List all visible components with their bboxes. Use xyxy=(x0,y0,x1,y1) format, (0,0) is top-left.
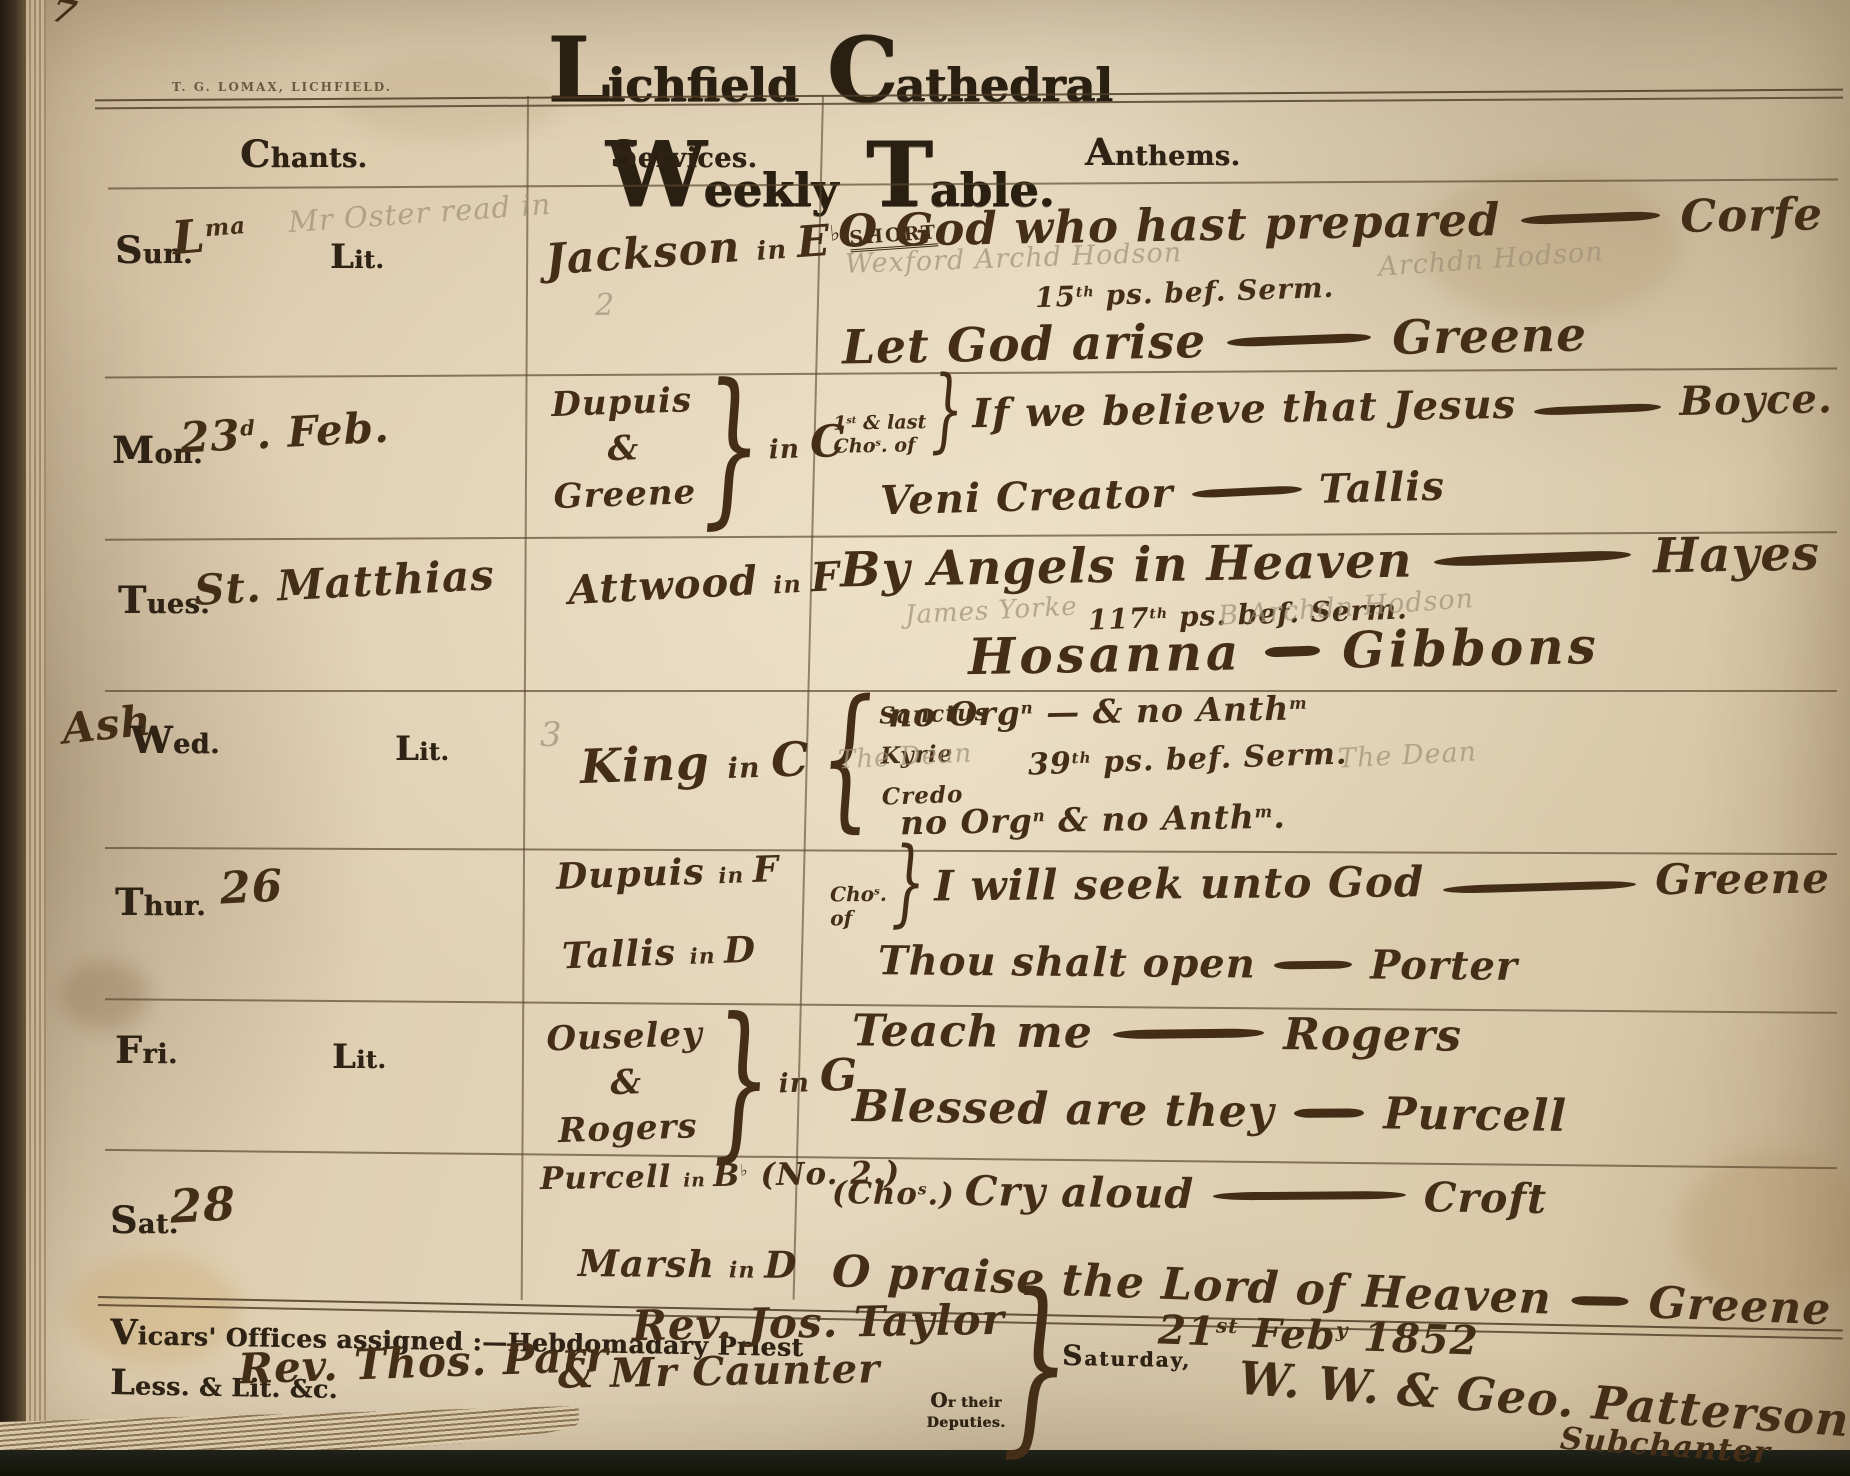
day-hand-thur: 26 xyxy=(219,860,285,914)
anthem-composer: Greene xyxy=(1392,308,1588,366)
ink-dash xyxy=(1434,550,1632,567)
anthem-title: Hosanna xyxy=(968,622,1243,686)
service-entry: Dupuis & Greene } in C xyxy=(550,373,849,521)
page-edges xyxy=(26,0,46,1476)
anthem-note: no Orgn & no Anthm. xyxy=(900,797,1286,843)
day-label-fri: Fri. xyxy=(115,1028,178,1072)
ink-dash xyxy=(1265,645,1320,657)
anthem-prefix-line: Chos. of xyxy=(833,433,927,458)
anthem-composer: Hayes xyxy=(1653,525,1821,584)
service-text: Rogers xyxy=(557,1104,698,1155)
anthem-composer: Porter xyxy=(1370,942,1518,990)
anthem-composer: Greene xyxy=(1648,1277,1833,1335)
service-stack: Ouseley & Rogers xyxy=(546,1012,707,1155)
service-text: King in C xyxy=(579,732,810,795)
anthem-prefix: Chos. of xyxy=(830,882,887,931)
pencil-annotation: 3 xyxy=(540,715,563,755)
pencil-annotation: 2 xyxy=(595,288,615,323)
title-word: Cathedral xyxy=(827,18,1113,123)
ink-dash xyxy=(1294,1109,1364,1118)
anthem-title: Veni Creator xyxy=(879,470,1174,525)
column-header-anthems: Anthems. xyxy=(1085,130,1240,174)
anthem-composer: Greene xyxy=(1655,854,1830,905)
service-text: Dupuis xyxy=(551,378,693,429)
service-text: & xyxy=(607,426,640,473)
lit-label: Lit. xyxy=(332,1036,386,1076)
anthem-entry: Chos. of } I will seek unto God Greene xyxy=(830,848,1831,931)
anthem-composer: Gibbons xyxy=(1342,616,1600,679)
anthem-prefix: 1st & last Chos. of xyxy=(833,410,927,458)
service-key: in G xyxy=(778,1050,860,1104)
row-separator xyxy=(105,690,1837,692)
anthem-title: Let God arise xyxy=(842,314,1207,375)
service-entry: Dupuis in F xyxy=(555,848,780,898)
anthem-entry: Hosanna Gibbons xyxy=(968,617,1554,686)
anthem-title: If we believe that Jesus xyxy=(972,381,1517,437)
service-text: Greene xyxy=(553,470,697,521)
anthem-composer: Purcell xyxy=(1383,1088,1567,1142)
ink-dash xyxy=(1213,1191,1406,1201)
brace-glyph: } xyxy=(890,835,926,930)
anthem-composer: Corfe xyxy=(1680,187,1823,242)
anthem-title: Thou shalt open xyxy=(878,937,1256,987)
anthem-composer: Boyce. xyxy=(1679,375,1833,425)
anthem-title: I will seek unto God xyxy=(934,857,1425,910)
anthem-prefix: (Chos.) xyxy=(832,1175,955,1213)
anthem-composer: Croft xyxy=(1423,1173,1547,1223)
day-label-sat: Sat. xyxy=(110,1198,179,1242)
brace-glyph: } xyxy=(698,361,766,531)
service-stack: Dupuis & Greene xyxy=(550,378,697,521)
column-header-services: Services. xyxy=(610,132,757,176)
caunter-name-hand: & Mr Caunter xyxy=(558,1345,881,1398)
ink-dash xyxy=(1113,1028,1264,1039)
anthem-prefix-line: 1st & last xyxy=(833,410,927,435)
anthem-entry: Teach me Rogers xyxy=(852,1005,1462,1061)
anthem-prefix-line: Chos. xyxy=(830,882,887,907)
ink-dash xyxy=(1521,211,1661,225)
ink-dash xyxy=(1571,1296,1629,1306)
anthem-title: Teach me xyxy=(852,1005,1093,1058)
ink-dash xyxy=(1534,402,1661,415)
ink-dash xyxy=(1191,485,1301,498)
day-hand-sun: Lma xyxy=(170,205,249,265)
ink-dash xyxy=(1274,960,1352,969)
ink-dash xyxy=(1443,880,1636,894)
anthem-prefix-line: of xyxy=(830,906,887,931)
service-text: & xyxy=(610,1060,643,1107)
ink-dash xyxy=(1227,333,1371,348)
day-label-thur: Thur. xyxy=(115,880,206,924)
service-entry: Marsh in D xyxy=(578,1241,798,1287)
anthem-composer: Tallis xyxy=(1318,463,1445,513)
anthem-title: Blessed are they xyxy=(852,1081,1275,1138)
anthem-note: no Orgn — & no Anthm xyxy=(888,688,1308,734)
anthem-composer: Rogers xyxy=(1283,1009,1462,1062)
day-hand-sat: 28 xyxy=(169,1176,238,1233)
scanned-ledger-page: 7 LichfieldCathedralWeeklyTable. T. G. L… xyxy=(0,0,1850,1476)
anthem-entry: Blessed are they Purcell xyxy=(852,1081,1568,1142)
lit-label: Lit. xyxy=(395,728,449,768)
anthem-entry: (Chos.) Cry aloud Croft xyxy=(832,1165,1548,1223)
column-header-chants: Chants. xyxy=(240,132,367,176)
service-entry: Tallis in D xyxy=(561,929,756,978)
book-spine-edge xyxy=(0,0,26,1476)
anthem-title: Cry aloud xyxy=(964,1167,1194,1218)
printer-imprint: T. G. LOMAX, LICHFIELD. xyxy=(172,80,392,94)
brace-glyph: } xyxy=(929,365,965,457)
lit-label: Lit. xyxy=(330,236,384,276)
service-entry: Ouseley & Rogers } in G xyxy=(546,1007,861,1155)
title-word: Lichfield xyxy=(547,18,798,123)
anthem-title: By Angels in Heaven xyxy=(840,533,1413,599)
anthem-entry: Thou shalt open Porter xyxy=(878,937,1518,990)
priest-name-hand: Rev. Jos. Taylor xyxy=(632,1295,1006,1350)
service-text: Ouseley xyxy=(546,1012,704,1063)
brace-glyph: } xyxy=(707,994,775,1164)
day-label-wed: Wed. xyxy=(130,718,220,762)
